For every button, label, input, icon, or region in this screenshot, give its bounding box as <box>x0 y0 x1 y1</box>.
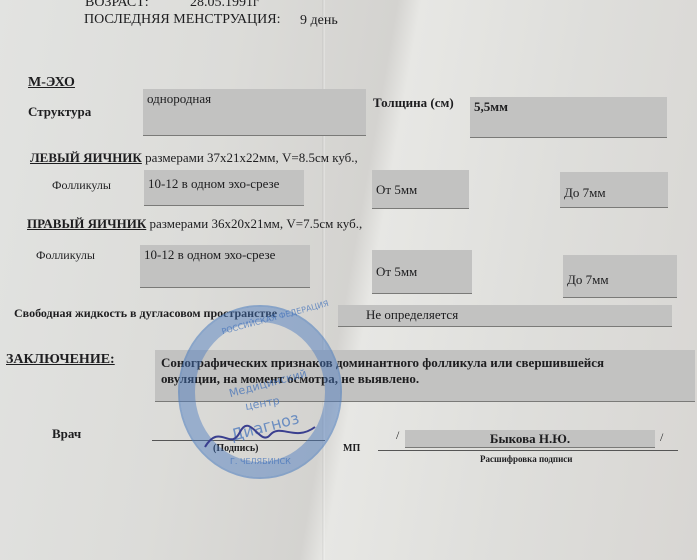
doctor-label: Врач <box>52 426 81 442</box>
structure-value: однородная <box>147 91 211 106</box>
right-follicles-count: 10-12 в одном эхо-срезе <box>144 247 275 262</box>
mp-label: МП <box>343 443 360 454</box>
age-label: ВОЗРАСТ: <box>85 0 149 11</box>
slash-left: / <box>396 428 399 443</box>
left-ovary-title: ЛЕВЫЙ ЯИЧНИК <box>30 150 142 165</box>
stamp-inner-2: центр <box>244 394 281 413</box>
left-follicles-to: До 7мм <box>564 185 606 200</box>
right-follicles-count-field: 10-12 в одном эхо-срезе <box>140 245 310 288</box>
left-ovary-heading: ЛЕВЫЙ ЯИЧНИК размерами 37х21х22мм, V=8.5… <box>30 150 358 166</box>
stamp-city: Г. ЧЕЛЯБИНСК <box>230 457 291 466</box>
decode-caption: Расшифровка подписи <box>480 454 572 464</box>
structure-field: однородная <box>143 89 366 136</box>
free-fluid-value: Не определяется <box>366 307 458 322</box>
age-value: 28.05.1991г <box>190 0 259 11</box>
right-follicles-from-field: От 5мм <box>372 250 472 294</box>
free-fluid-field: Не определяется <box>338 305 672 327</box>
name-line <box>378 450 678 451</box>
thickness-label: Толщина (см) <box>373 95 454 111</box>
signature-scribble-icon <box>200 417 320 457</box>
stamp-seal: РОССИЙСКАЯ ФЕДЕРАЦИЯ Медицинский центр Д… <box>178 305 342 479</box>
left-follicles-label: Фолликулы <box>52 178 111 193</box>
left-ovary-dimensions: размерами 37х21х22мм, V=8.5см куб., <box>145 150 358 165</box>
structure-label: Структура <box>28 104 91 120</box>
paper-fold <box>322 0 325 560</box>
thickness-value: 5,5мм <box>474 99 508 114</box>
doctor-name-field: Быкова Н.Ю. <box>405 430 655 448</box>
left-follicles-from-field: От 5мм <box>372 170 469 209</box>
left-follicles-count: 10-12 в одном эхо-срезе <box>148 176 279 191</box>
last-menstruation-value: 9 день <box>300 13 338 29</box>
doctor-name: Быкова Н.Ю. <box>490 431 570 446</box>
m-echo-title: М-ЭХО <box>28 75 75 91</box>
right-follicles-to: До 7мм <box>567 272 609 287</box>
conclusion-label: ЗАКЛЮЧЕНИЕ: <box>6 352 115 368</box>
left-follicles-from: От 5мм <box>376 182 417 197</box>
stamp-outer-text: РОССИЙСКАЯ ФЕДЕРАЦИЯ <box>221 299 330 336</box>
left-follicles-count-field: 10-12 в одном эхо-срезе <box>144 170 304 206</box>
right-ovary-heading: ПРАВЫЙ ЯИЧНИК размерами 36х20х21мм, V=7.… <box>27 216 362 232</box>
right-follicles-to-field: До 7мм <box>563 255 677 298</box>
thickness-field: 5,5мм <box>470 97 667 138</box>
slash-right: / <box>660 430 663 445</box>
left-follicles-to-field: До 7мм <box>560 172 668 208</box>
right-follicles-from: От 5мм <box>376 264 417 279</box>
right-follicles-label: Фолликулы <box>36 248 95 263</box>
right-ovary-dimensions: размерами 36х20х21мм, V=7.5см куб., <box>150 216 363 231</box>
last-menstruation-label: ПОСЛЕДНЯЯ МЕНСТРУАЦИЯ: <box>84 12 281 28</box>
right-ovary-title: ПРАВЫЙ ЯИЧНИК <box>27 216 146 231</box>
